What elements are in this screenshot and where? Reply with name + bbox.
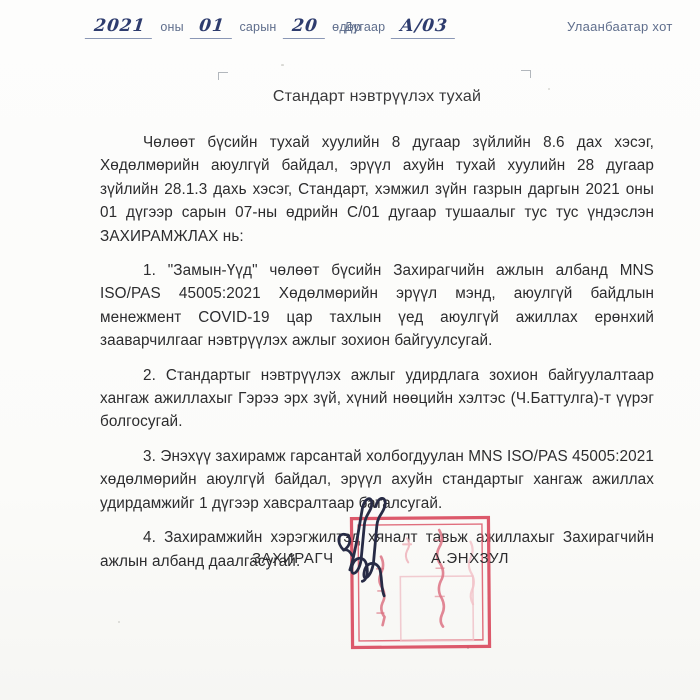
paragraph-item-2: 2. Стандартыг нэвтрүүлэх ажлыг удирдлага… bbox=[100, 364, 654, 434]
date-month-handwritten: 01 bbox=[190, 16, 234, 39]
signer-role: ЗАХИРАГЧ bbox=[252, 550, 334, 567]
scan-speckle bbox=[548, 88, 550, 90]
date-day-handwritten: 20 bbox=[282, 16, 326, 39]
scan-speckle bbox=[281, 64, 284, 66]
paragraph-item-1: 1. "Замын-Үүд" чөлөөт бүсийн Захирагчийн… bbox=[100, 259, 654, 353]
scan-speckle bbox=[118, 621, 120, 623]
signature-ink bbox=[333, 493, 400, 601]
date-month-label: сарын bbox=[239, 20, 276, 34]
crop-mark-right bbox=[521, 70, 531, 78]
document-number-handwritten: А/03 bbox=[391, 16, 457, 39]
scanned-document-page: 2021 оны 01 сарын 20 өдөр Дугаар А/03 Ул… bbox=[0, 0, 700, 700]
date-line: 2021 оны 01 сарын 20 өдөр bbox=[86, 16, 361, 39]
document-number-line: Дугаар А/03 bbox=[344, 16, 456, 39]
crop-mark-left bbox=[218, 72, 228, 80]
paragraph-intro: Чөлөөт бүсийн тухай хуулийн 8 дугаар зүй… bbox=[100, 131, 654, 248]
document-title: Стандарт нэвтрүүлэх тухай bbox=[100, 88, 654, 106]
date-year-handwritten: 2021 bbox=[85, 16, 155, 39]
document-number-label: Дугаар bbox=[344, 20, 385, 34]
signer-name: А.ЭНХЗУЛ bbox=[431, 550, 509, 567]
date-year-label: оны bbox=[160, 20, 183, 34]
city-label: Улаанбаатар хот bbox=[567, 19, 673, 34]
